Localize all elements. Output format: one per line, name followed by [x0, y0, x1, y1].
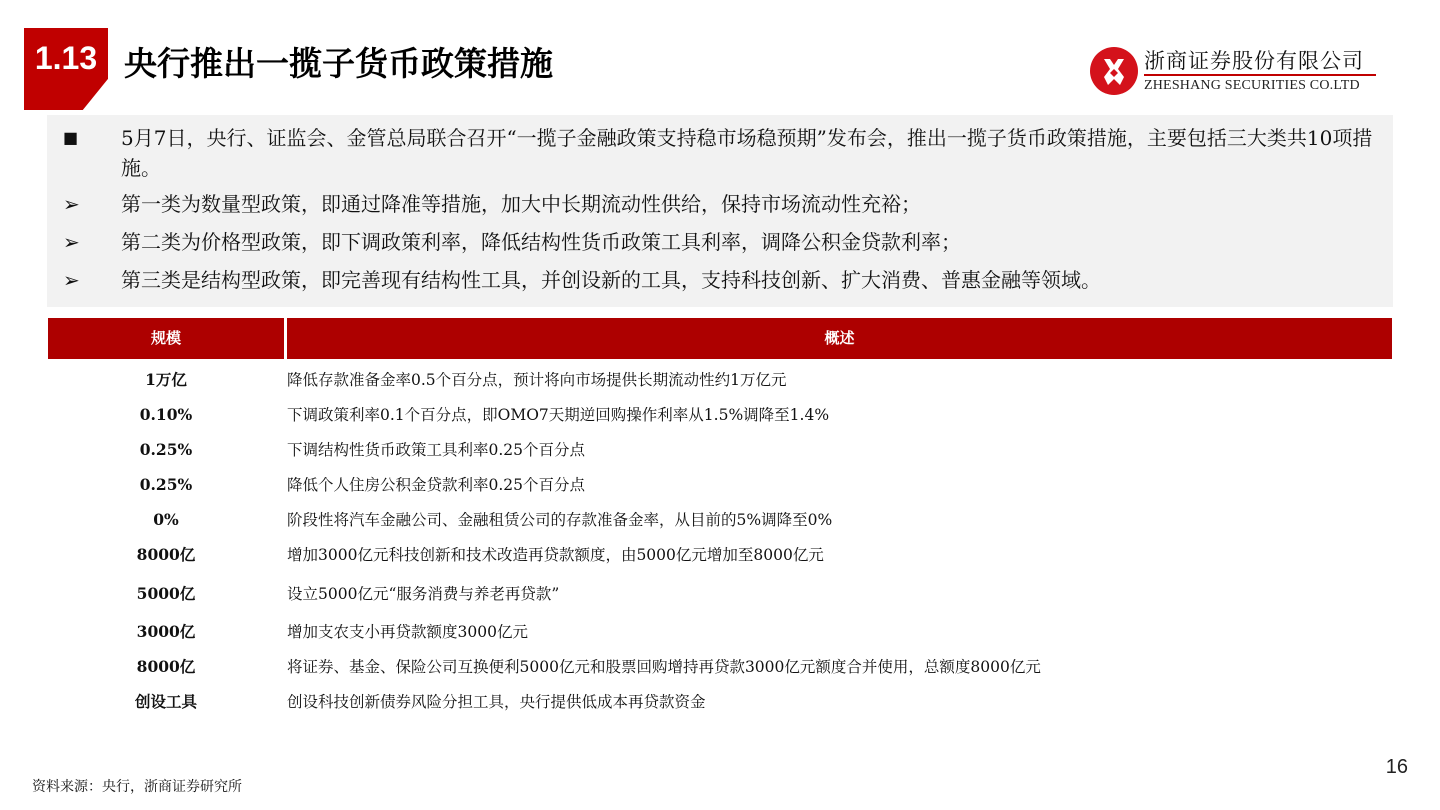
logo-divider — [1144, 74, 1376, 76]
column-header-scale: 规模 — [48, 318, 284, 359]
cell-scale: 0.25% — [48, 468, 284, 502]
cell-description: 阶段性将汽车金融公司、金融租赁公司的存款准备金率，从目前的5%调降至0% — [287, 503, 832, 537]
cell-description: 将证券、基金、保险公司互换便利5000亿元和股票回购增持再贷款3000亿元额度合… — [287, 650, 1041, 684]
table-row: 0% 阶段性将汽车金融公司、金融租赁公司的存款准备金率，从目前的5%调降至0% — [48, 503, 1392, 537]
cell-description: 降低个人住房公积金贷款利率0.25个百分点 — [287, 468, 585, 502]
table-row: 1万亿 降低存款准备金率0.5个百分点，预计将向市场提供长期流动性约1万亿元 — [48, 363, 1392, 397]
column-header-description: 概述 — [287, 318, 1392, 359]
page-title: 央行推出一揽子货币政策措施 — [124, 38, 553, 85]
bullet-text: 5月7日，央行、证监会、金管总局联合召开“一揽子金融政策支持稳市场稳预期”发布会… — [121, 123, 1393, 183]
table-row: 3000亿 增加支农支小再贷款额度3000亿元 — [48, 615, 1392, 649]
cell-scale: 5000亿 — [48, 577, 284, 611]
section-badge: 1.13 — [24, 28, 108, 110]
cell-scale: 0.25% — [48, 433, 284, 467]
cell-description: 创设科技创新债券风险分担工具，央行提供低成本再贷款资金 — [287, 685, 706, 719]
logo-name-cn: 浙商证券股份有限公司 — [1144, 45, 1364, 75]
cell-scale: 8000亿 — [48, 538, 284, 572]
table-row: 0.10% 下调政策利率0.1个百分点，即OMO7天期逆回购操作利率从1.5%调… — [48, 398, 1392, 432]
summary-box: ■ 5月7日，央行、证监会、金管总局联合召开“一揽子金融政策支持稳市场稳预期”发… — [47, 115, 1393, 307]
cell-description: 增加3000亿元科技创新和技术改造再贷款额度，由5000亿元增加至8000亿元 — [287, 538, 824, 572]
page-number: 16 — [1386, 756, 1408, 779]
cell-scale: 8000亿 — [48, 650, 284, 684]
table-row: 0.25% 降低个人住房公积金贷款利率0.25个百分点 — [48, 468, 1392, 502]
cell-description: 降低存款准备金率0.5个百分点，预计将向市场提供长期流动性约1万亿元 — [287, 363, 787, 397]
source-note: 资料来源：央行，浙商证券研究所 — [32, 776, 242, 796]
bullet-text: 第三类是结构型政策，即完善现有结构性工具，并创设新的工具，支持科技创新、扩大消费… — [121, 265, 1393, 295]
table-row: 8000亿 增加3000亿元科技创新和技术改造再贷款额度，由5000亿元增加至8… — [48, 538, 1392, 572]
square-bullet-icon: ■ — [63, 123, 83, 153]
section-number: 1.13 — [24, 40, 108, 77]
bullet-text: 第一类为数量型政策，即通过降准等措施，加大中长期流动性供给，保持市场流动性充裕； — [121, 189, 1393, 219]
cell-scale: 创设工具 — [48, 685, 284, 719]
arrow-bullet-icon: ➢ — [63, 189, 83, 219]
table-row: 0.25% 下调结构性货币政策工具利率0.25个百分点 — [48, 433, 1392, 467]
logo-name-en: ZHESHANG SECURITIES CO.LTD — [1144, 78, 1360, 94]
arrow-bullet-icon: ➢ — [63, 265, 83, 295]
cell-scale: 0% — [48, 503, 284, 537]
cell-description: 下调结构性货币政策工具利率0.25个百分点 — [287, 433, 585, 467]
company-logo: 浙商证券股份有限公司 ZHESHANG SECURITIES CO.LTD — [1090, 45, 1380, 100]
table-row: 5000亿 设立5000亿元“服务消费与养老再贷款” — [48, 577, 1392, 611]
cell-scale: 3000亿 — [48, 615, 284, 649]
cell-description: 设立5000亿元“服务消费与养老再贷款” — [287, 577, 559, 611]
cell-description: 增加支农支小再贷款额度3000亿元 — [287, 615, 528, 649]
bullet-text: 第二类为价格型政策，即下调政策利率，降低结构性货币政策工具利率，调降公积金贷款利… — [121, 227, 1393, 257]
cell-scale: 1万亿 — [48, 363, 284, 397]
cell-description: 下调政策利率0.1个百分点，即OMO7天期逆回购操作利率从1.5%调降至1.4% — [287, 398, 829, 432]
table-row: 8000亿 将证券、基金、保险公司互换便利5000亿元和股票回购增持再贷款300… — [48, 650, 1392, 684]
table-header: 规模 概述 — [48, 318, 1392, 359]
cell-scale: 0.10% — [48, 398, 284, 432]
arrow-bullet-icon: ➢ — [63, 227, 83, 257]
policy-table: 规模 概述 1万亿 降低存款准备金率0.5个百分点，预计将向市场提供长期流动性约… — [48, 318, 1392, 359]
logo-emblem-icon — [1090, 47, 1138, 95]
table-row: 创设工具 创设科技创新债券风险分担工具，央行提供低成本再贷款资金 — [48, 685, 1392, 719]
